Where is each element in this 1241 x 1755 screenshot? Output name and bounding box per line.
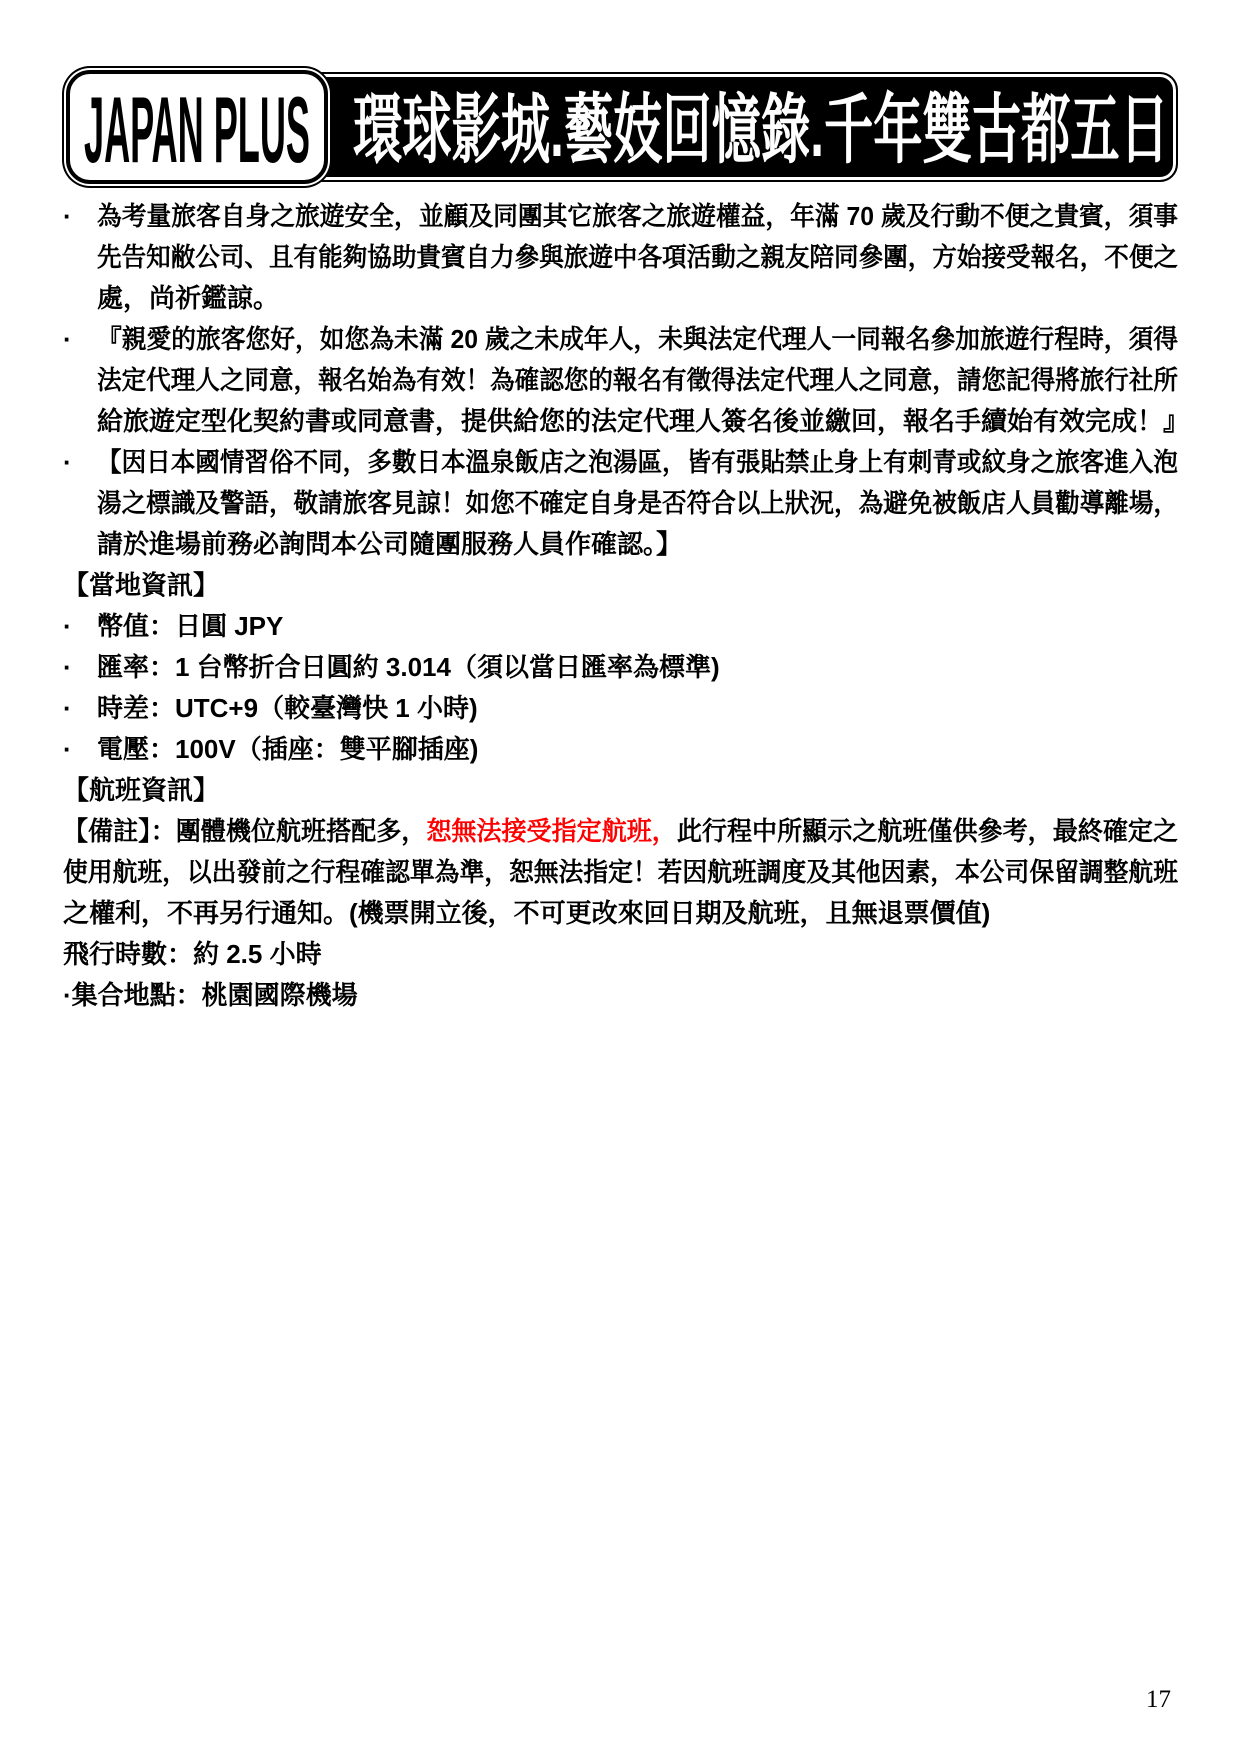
bullet-dot: · xyxy=(63,319,97,360)
notice-line: 【因日本國情習俗不同，多數日本溫泉飯店之泡湯區，皆有張貼禁止身上有刺青或紋身之旅… xyxy=(97,442,1178,483)
info-item-text: 幣值：日圓 JPY xyxy=(97,606,1178,647)
bullet-dot: · xyxy=(63,196,97,237)
section-heading-local-info: 【當地資訊】 xyxy=(63,565,1178,606)
document-body: · 為考量旅客自身之旅遊安全，並顧及同團其它旅客之旅遊權益，年滿 70 歲及行動… xyxy=(63,196,1178,1016)
page-number: 17 xyxy=(1146,1686,1171,1714)
section-heading-flight-info: 【航班資訊】 xyxy=(63,770,1178,811)
document-page: 環球影城.藝妓回憶錄.千年雙古都五日 JAPAN PLUS · 為考量旅客自身之… xyxy=(0,0,1241,1755)
notice-line: 湯之標識及警語，敬請旅客見諒！如您不確定自身是否符合以上狀況，為避免被飯店人員勸… xyxy=(97,483,1178,524)
notice-line: 先告知敝公司、且有能夠協助貴賓自力參與旅遊中各項活動之親友陪同參團，方始接受報名… xyxy=(97,237,1178,278)
remark-line: 之權利，不再另行通知。(機票開立後，不可更改來回日期及航班，且無退票價值) xyxy=(63,893,1178,934)
notice-line: 給旅遊定型化契約書或同意書，提供給您的法定代理人簽名後並繳回，報名手續始有效完成… xyxy=(97,401,1178,442)
notice-item: · 【因日本國情習俗不同，多數日本溫泉飯店之泡湯區，皆有張貼禁止身上有刺青或紋身… xyxy=(63,442,1178,565)
notice-line: 請於進場前務必詢問本公司隨團服務人員作確認。】 xyxy=(97,524,1178,565)
info-item-currency: · 幣值：日圓 JPY xyxy=(63,606,1178,647)
bullet-dot: · xyxy=(63,729,97,770)
info-item-text: 匯率：1 台幣折合日圓約 3.014（須以當日匯率為標準) xyxy=(97,647,1178,688)
info-item-text: 時差：UTC+9（較臺灣快 1 小時) xyxy=(97,688,1178,729)
remark-suffix: 此行程中所顯示之航班僅供參考，最終確定之 xyxy=(677,816,1178,846)
bullet-dot: · xyxy=(63,647,97,688)
japan-plus-logo-text-svg: JAPAN PLUS xyxy=(76,74,318,180)
notice-item: · 『親愛的旅客您好，如您為未滿 20 歲之未成年人，未與法定代理人一同報名參加… xyxy=(63,319,1178,442)
red-warning-text: 恕無法接受指定航班， xyxy=(426,816,677,846)
notice-line: 處，尚祈鑑諒。 xyxy=(97,278,1178,319)
japan-plus-logo: JAPAN PLUS xyxy=(66,70,328,184)
notice-item: · 為考量旅客自身之旅遊安全，並顧及同團其它旅客之旅遊權益，年滿 70 歲及行動… xyxy=(63,196,1178,319)
bullet-dot: · xyxy=(63,442,97,483)
page-title-svg: 環球影城.藝妓回憶錄.千年雙古都五日 xyxy=(345,72,1178,182)
remark-prefix: 【備註】：團體機位航班搭配多， xyxy=(63,816,426,846)
bullet-dot: · xyxy=(63,688,97,729)
header-banner: 環球影城.藝妓回憶錄.千年雙古都五日 JAPAN PLUS xyxy=(63,70,1182,186)
info-item-exchange-rate: · 匯率：1 台幣折合日圓約 3.014（須以當日匯率為標準) xyxy=(63,647,1178,688)
page-title: 環球影城.藝妓回憶錄.千年雙古都五日 xyxy=(353,88,1169,173)
meeting-point: ·集合地點：桃園國際機場 xyxy=(63,975,1178,1016)
info-item-text: 電壓：100V（插座：雙平腳插座) xyxy=(97,729,1178,770)
notice-line: 為考量旅客自身之旅遊安全，並顧及同團其它旅客之旅遊權益，年滿 70 歲及行動不便… xyxy=(97,196,1178,237)
bullet-dot: · xyxy=(63,606,97,647)
remark-line: 使用航班，以出發前之行程確認單為準，恕無法指定！若因航班調度及其他因素，本公司保… xyxy=(63,852,1178,893)
info-item-voltage: · 電壓：100V（插座：雙平腳插座) xyxy=(63,729,1178,770)
remark-paragraph: 【備註】：團體機位航班搭配多，恕無法接受指定航班，此行程中所顯示之航班僅供參考，… xyxy=(63,811,1178,934)
flight-hours: 飛行時數：約 2.5 小時 xyxy=(63,934,1178,975)
notice-line: 法定代理人之同意，報名始為有效！為確認您的報名有徵得法定代理人之同意，請您記得將… xyxy=(97,360,1178,401)
info-item-time-difference: · 時差：UTC+9（較臺灣快 1 小時) xyxy=(63,688,1178,729)
japan-plus-logo-text: JAPAN PLUS xyxy=(84,77,310,180)
notice-line: 『親愛的旅客您好，如您為未滿 20 歲之未成年人，未與法定代理人一同報名參加旅遊… xyxy=(97,319,1178,360)
